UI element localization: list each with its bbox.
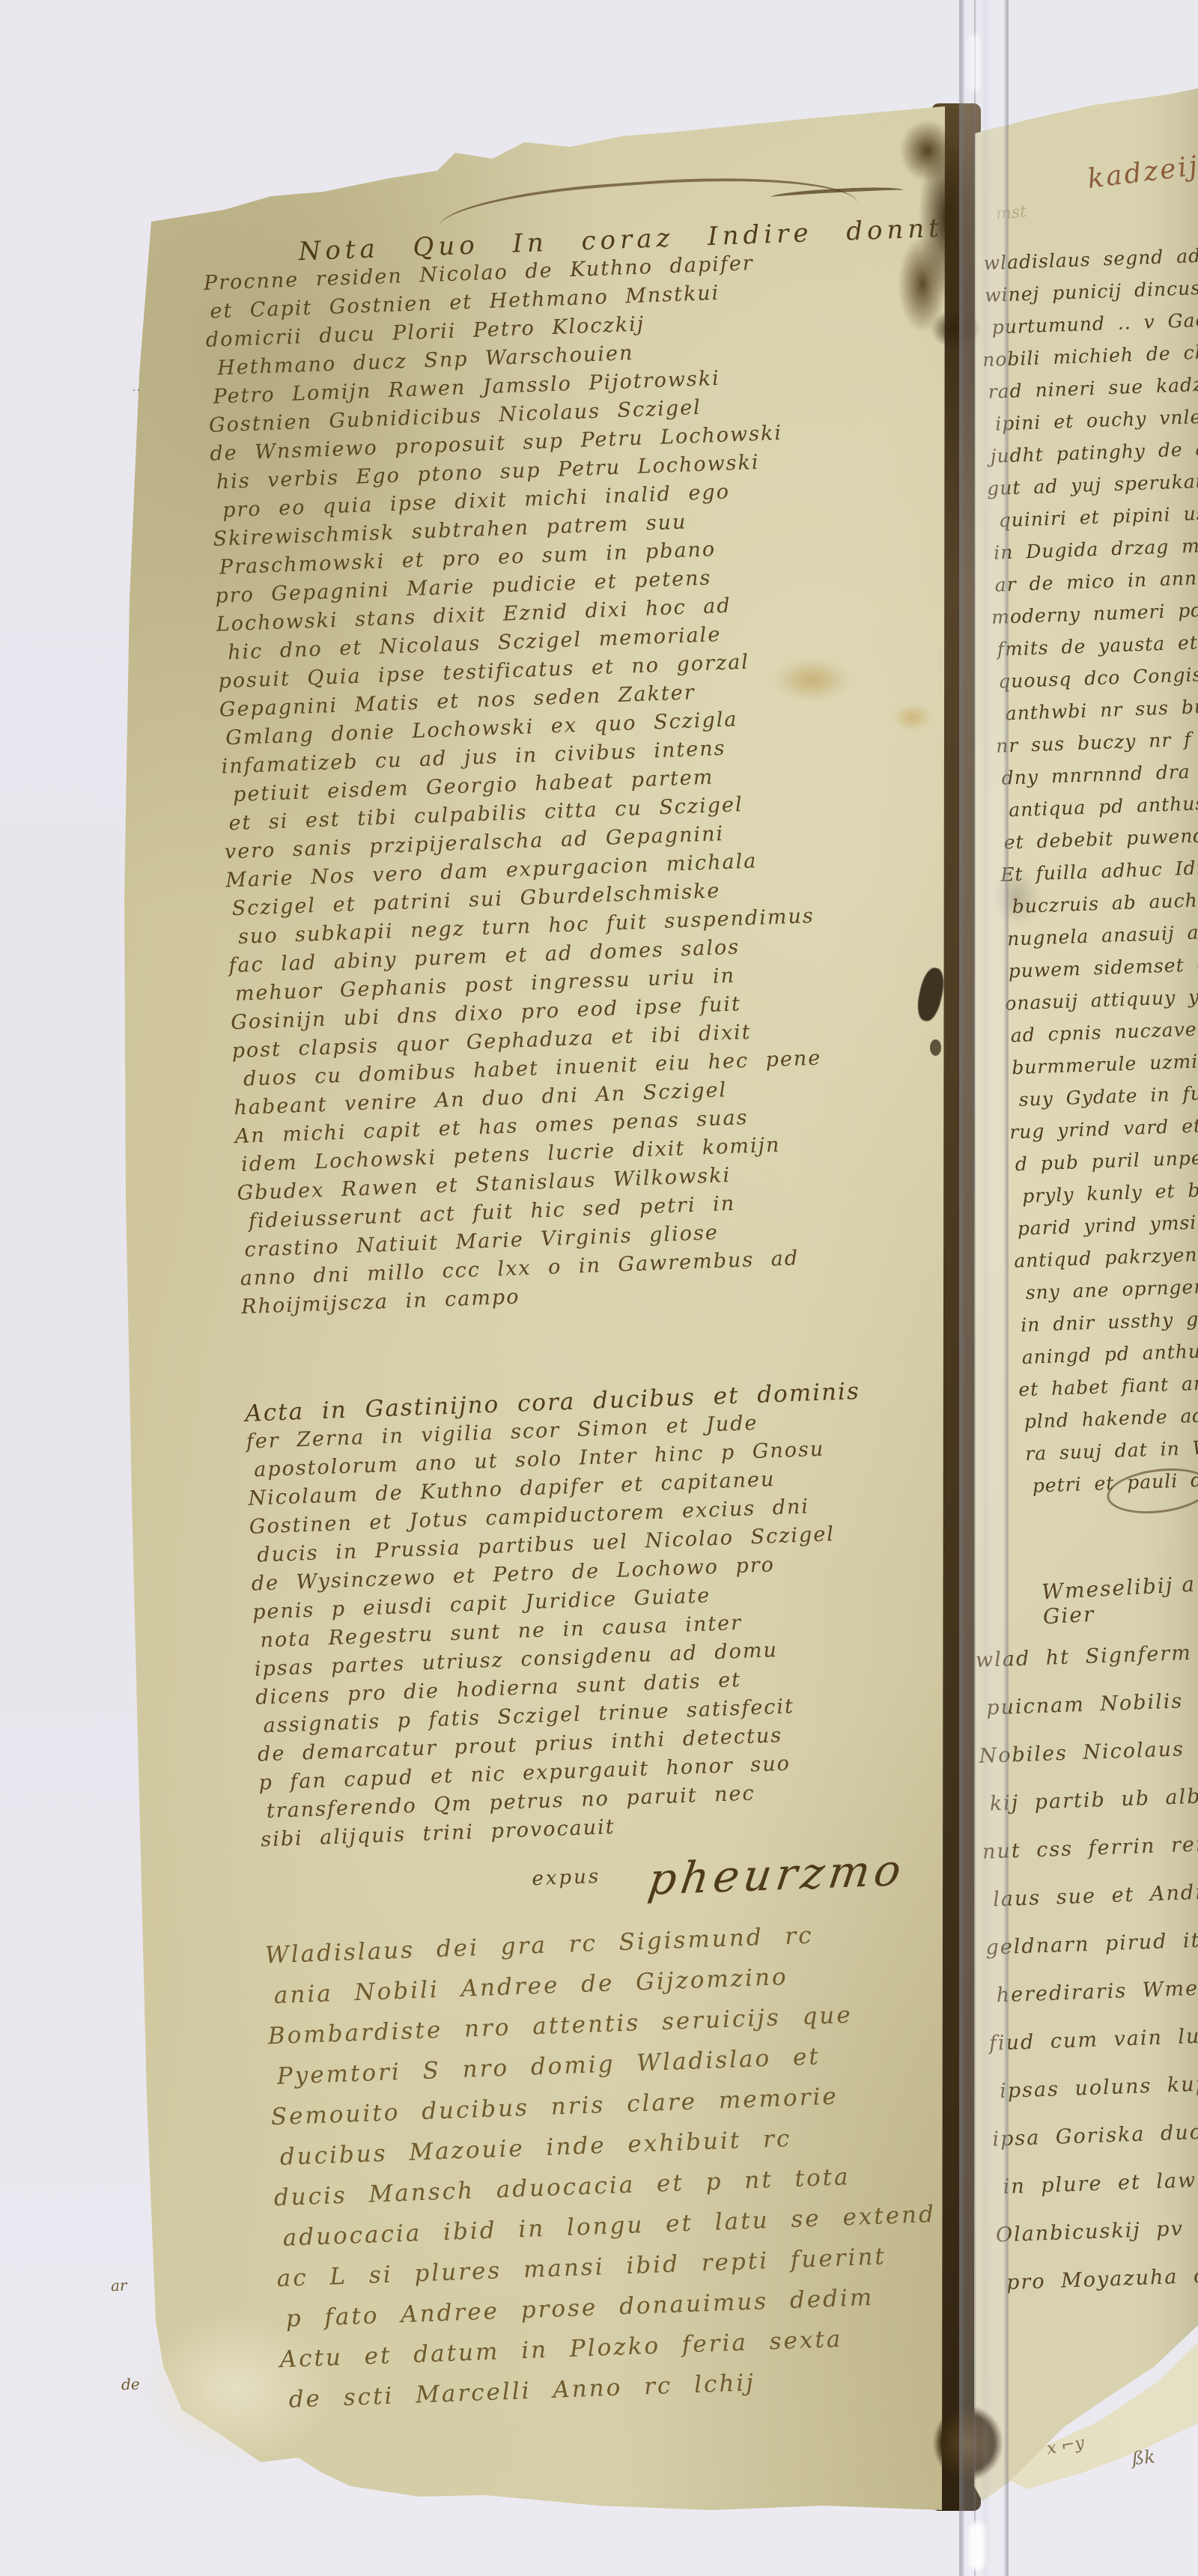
text-line: in plure et lawkzen s x Sikyr gedati — [1003, 2156, 1198, 2211]
text-line: sny ane oprngeny — [1025, 1269, 1198, 1309]
plexiglass-inner-edge — [974, 0, 976, 2576]
margin-dots: ‥ — [132, 379, 141, 395]
entry-1: Nota Quo In coraz Indire donntProcnne re… — [202, 214, 975, 1322]
plexiglass-reflection — [970, 2522, 985, 2570]
text-line: geldnarn pirud it ha — [985, 1916, 1198, 1972]
text-line: puicnam Nobilis wha — [985, 1677, 1198, 1732]
text-line: pryly kunly et bende — [1022, 1173, 1198, 1212]
margin-note-ar: ar — [111, 2276, 127, 2295]
text-line: Olanbicuskij pv v — [995, 2204, 1198, 2260]
bottom-page-fragment: ßk — [1131, 2446, 1156, 2469]
text-line: nut css ferrin reregnan — [982, 1820, 1198, 1877]
text-line: herediraris Wmeselibij d — [996, 1964, 1198, 2020]
left-page-text: Nota Quo In coraz Indire donntProcnne re… — [202, 214, 1015, 2420]
sign-off-small-word: expus — [532, 1865, 601, 1890]
text-line: ipsa Goriska duch ic — [991, 2108, 1198, 2164]
entry-3: Wladislaus dei gra rc Sigismund rcania N… — [264, 1909, 1015, 2420]
text-line: ipsas uoluns kupskij — [999, 2060, 1198, 2115]
manuscript-photo: Nota Quo In coraz Indire donntProcnne re… — [0, 0, 1198, 2576]
text-line: laus sue et Andree gh — [992, 1868, 1198, 1924]
sign-off-large-word: pheurzmo — [645, 1844, 909, 1905]
entry-2: Acta in Gastinijno cora ducibus et domin… — [245, 1373, 995, 1855]
text-line: kij partib ub albu co — [989, 1772, 1198, 1828]
text-line: fiud cum vain lure cr — [988, 2012, 1198, 2068]
plexiglass-bar — [959, 0, 1009, 2576]
text-line: Nobiles Nicolaus perr — [978, 1725, 1198, 1781]
right-page-subheading: Wmeselibij a Gier — [1041, 1572, 1198, 1629]
plexiglass-reflection-top — [968, 34, 980, 91]
margin-note-de: de — [121, 2375, 140, 2394]
text-line: pro Moyazuha cv l — [1006, 2252, 1198, 2307]
